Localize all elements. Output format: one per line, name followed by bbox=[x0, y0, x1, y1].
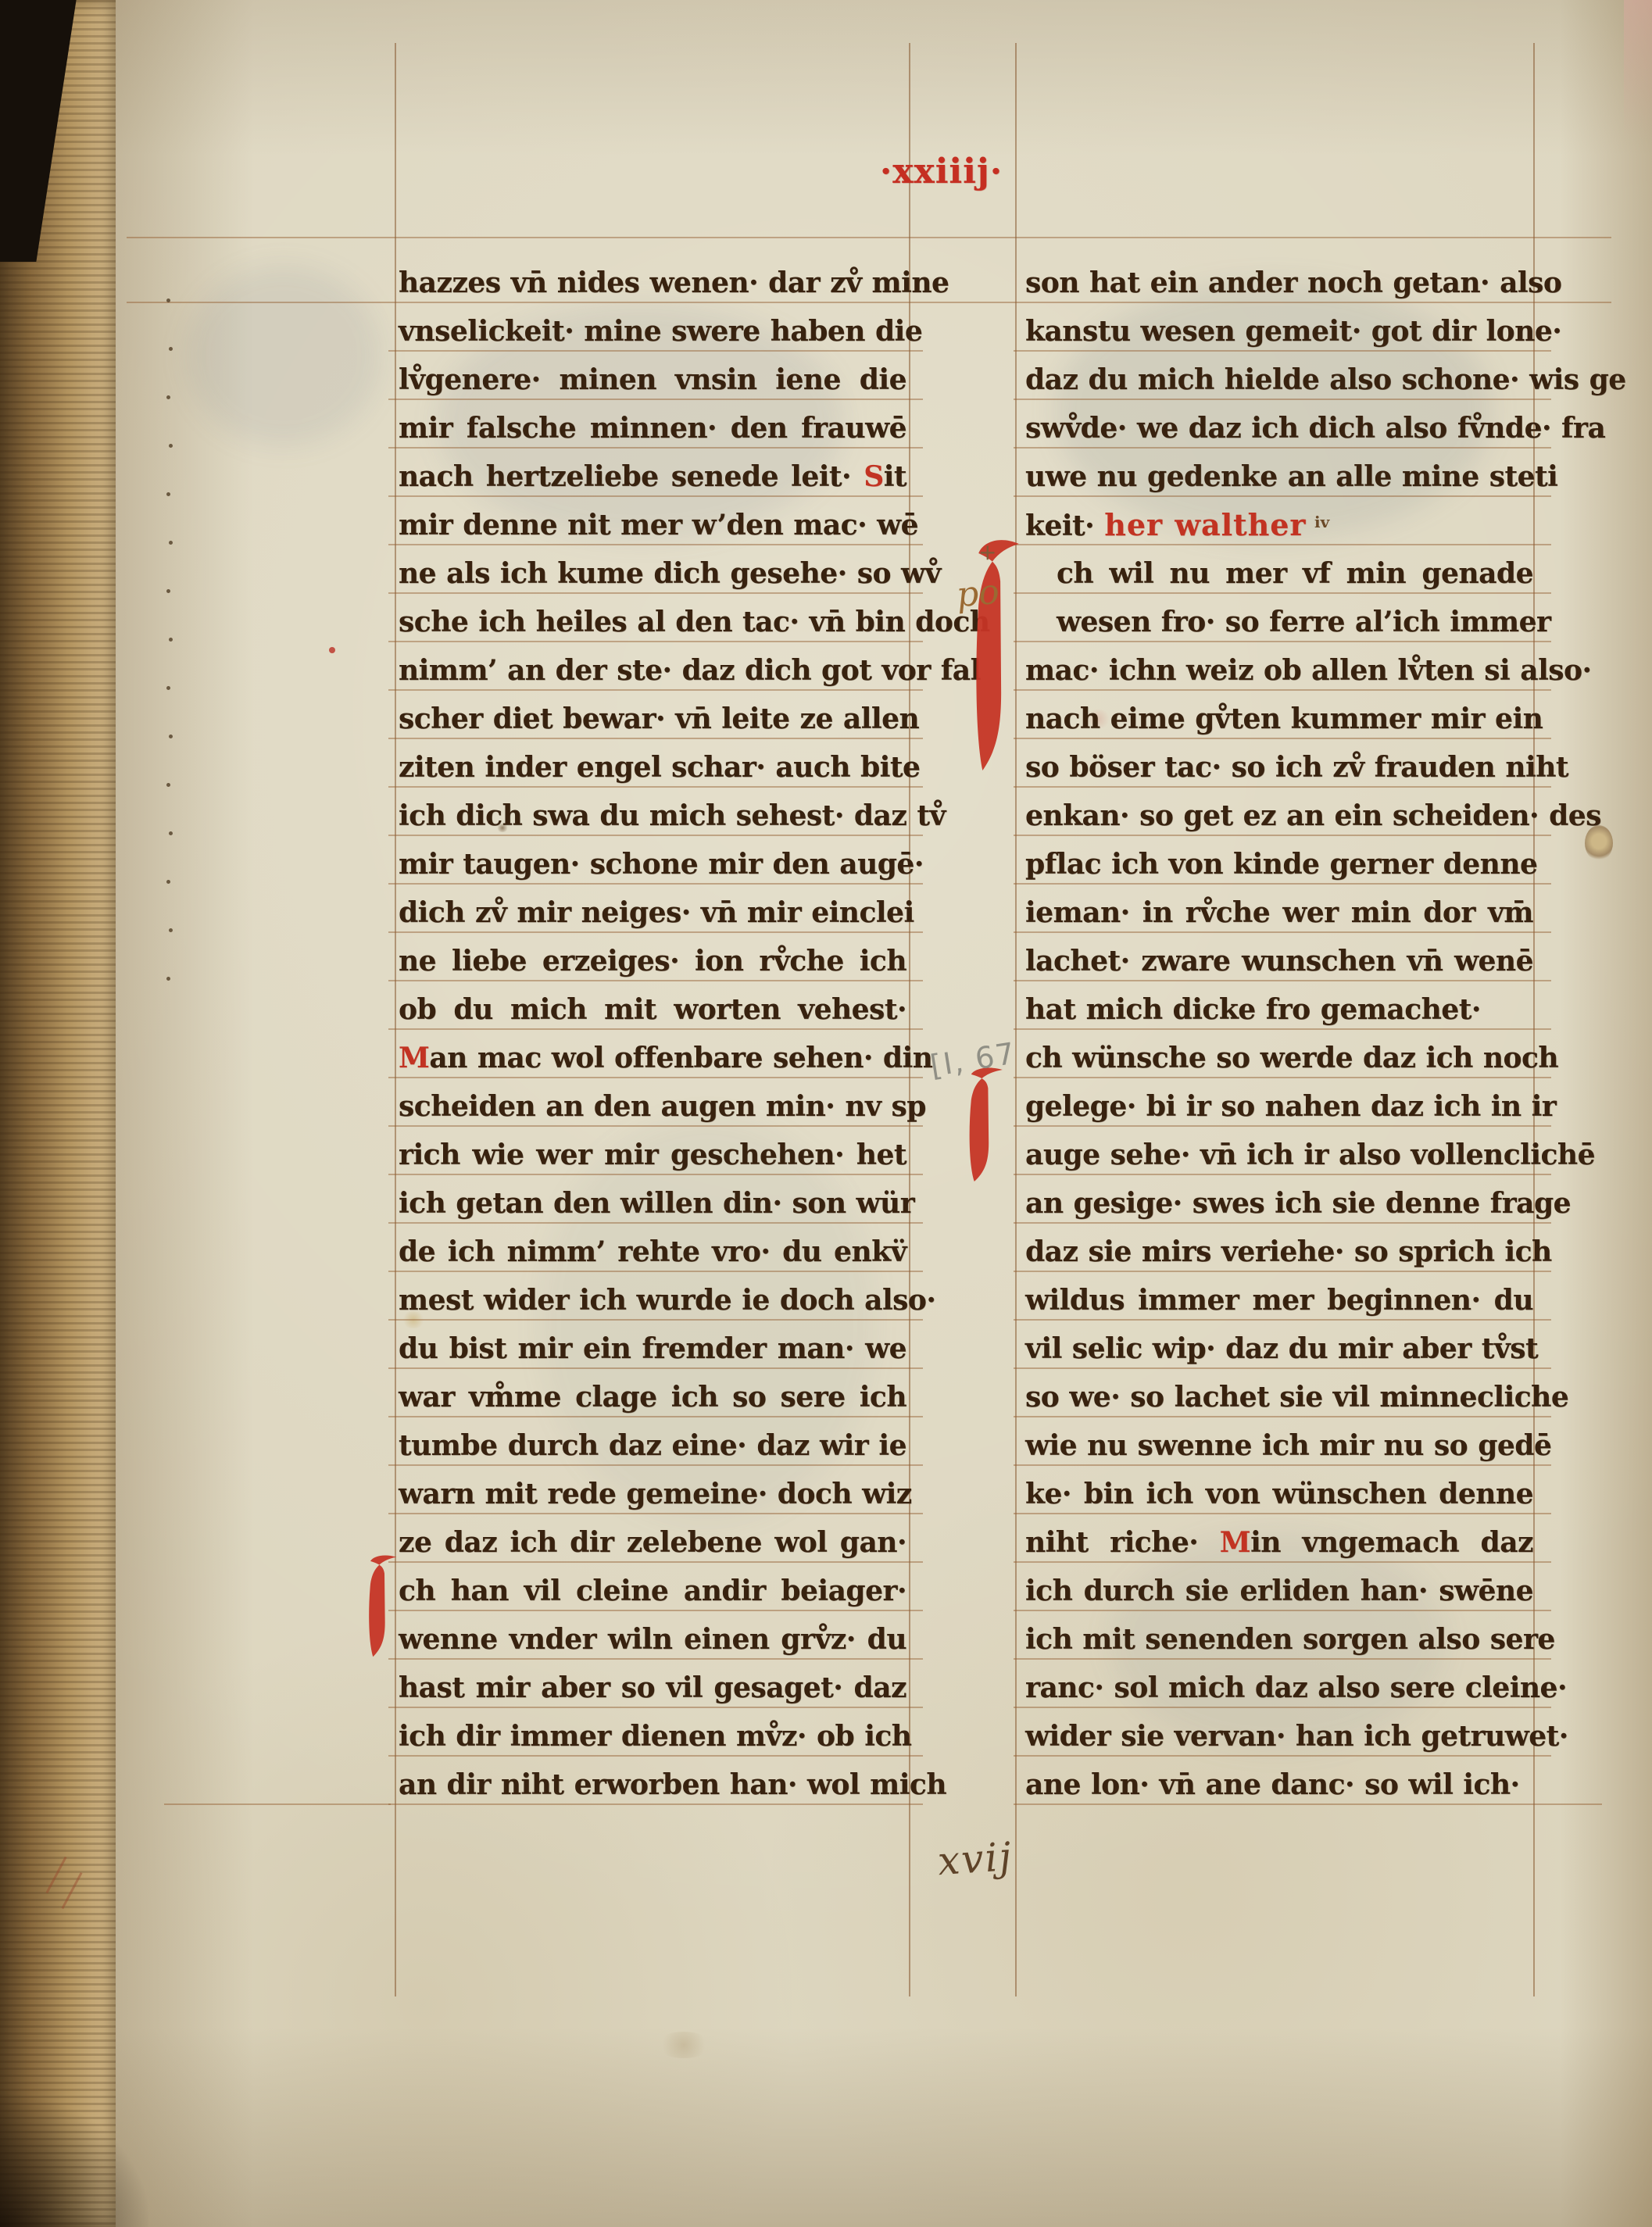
text-line: mir taugen· schone mir den augē· bbox=[399, 841, 906, 889]
text-line: ich dir immer dienen mv̊z· ob ich bbox=[399, 1713, 906, 1761]
text-line: ich getan den willen din· son wür bbox=[399, 1180, 906, 1228]
text-line: wie nu swenne ich mir nu so gedē bbox=[1025, 1422, 1533, 1471]
text-line: warn mit rede gemeine· doch wiz bbox=[399, 1471, 906, 1519]
rubricated-text: S bbox=[864, 460, 884, 493]
text-line: lachet· zware wunschen vn̄ wenē bbox=[1025, 938, 1533, 986]
script-text: ne liebe erzeiges· ion rv̊che ich bbox=[399, 945, 906, 978]
text-line: lv̊genere· minen vnsin iene die bbox=[399, 356, 906, 405]
text-line: mir falsche minnen· den frauwē bbox=[399, 405, 906, 453]
script-text: vil selic wip· daz du mir aber tv̊st bbox=[1025, 1332, 1538, 1365]
text-line: mac· ichn weiz ob allen lv̊ten si also· bbox=[1025, 647, 1533, 695]
text-line: mir denne nit mer w’den mac· wē bbox=[399, 502, 906, 550]
vertical-ruling bbox=[395, 43, 396, 1996]
pricking-dot bbox=[166, 395, 170, 399]
text-line: ich durch sie erliden han· swēne bbox=[1025, 1567, 1533, 1616]
text-line: wesen fro· so ferre al’ich immer bbox=[1025, 599, 1533, 647]
script-text: ne als ich kume dich gesehe· so wv̊ bbox=[399, 557, 941, 590]
script-text: an gesige· swes ich sie denne frage bbox=[1025, 1187, 1571, 1220]
folio-number-heading: ·xxiiij· bbox=[877, 152, 1006, 191]
script-text: it bbox=[884, 460, 906, 493]
script-text: so böser tac· so ich zv̊ frauden niht bbox=[1025, 751, 1568, 784]
script-text: mac· ichn weiz ob allen lv̊ten si also· bbox=[1025, 654, 1592, 687]
pricking-dot bbox=[166, 783, 170, 787]
pricking-dot bbox=[169, 541, 173, 545]
quire-signature: xvij bbox=[936, 1834, 1014, 1885]
script-text: ich durch sie erliden han· swēne bbox=[1025, 1575, 1533, 1607]
script-text: son hat ein ander noch getan· also bbox=[1025, 266, 1561, 299]
text-line: hat mich dicke fro gemachet· bbox=[1025, 986, 1533, 1035]
ruling-line bbox=[1551, 1803, 1602, 1805]
script-text: scheiden an den augen min· nv sp bbox=[399, 1090, 926, 1123]
script-text: niht riche· bbox=[1025, 1526, 1220, 1559]
pricking-dot bbox=[169, 347, 173, 351]
script-text: mir denne nit mer w’den mac· wē bbox=[399, 509, 918, 542]
script-text: keit· bbox=[1025, 509, 1104, 542]
pricking-dot bbox=[169, 928, 173, 932]
text-line: tumbe durch daz eine· daz wir ie bbox=[399, 1422, 906, 1471]
script-text: scher diet bewar· vn̄ leite ze allen bbox=[399, 702, 919, 735]
rubricated-text: M bbox=[1220, 1526, 1250, 1559]
script-text: enkan· so get ez an ein scheiden· des bbox=[1025, 799, 1601, 832]
text-line: ch wünsche so werde daz ich noch bbox=[1025, 1035, 1533, 1083]
vertical-ruling bbox=[1015, 43, 1017, 1996]
text-line: ch wil nu mer vf min genade bbox=[1025, 550, 1533, 599]
script-text: daz sie mirs veriehe· so sprich ich bbox=[1025, 1235, 1552, 1268]
text-line: ane lon· vn̄ ane danc· so wil ich· bbox=[1025, 1761, 1533, 1810]
text-line: vil selic wip· daz du mir aber tv̊st bbox=[1025, 1325, 1533, 1374]
text-line: ranc· sol mich daz also sere cleine· bbox=[1025, 1664, 1533, 1713]
script-text: daz du mich hielde also schone· wis ge bbox=[1025, 363, 1626, 396]
text-line: an dir niht erworben han· wol mich bbox=[399, 1761, 906, 1810]
script-text: ob du mich mit worten vehest· bbox=[399, 993, 906, 1026]
script-text: ze daz ich dir zelebene wol gan· bbox=[399, 1526, 906, 1559]
text-line: ke· bin ich von wünschen denne bbox=[1025, 1471, 1533, 1519]
script-text: ch wil nu mer vf min genade bbox=[1057, 557, 1533, 590]
pricking-dot bbox=[166, 977, 170, 981]
script-text: in vngemach daz bbox=[1250, 1526, 1533, 1559]
interlinear-correction: iv bbox=[1314, 513, 1329, 531]
text-line: ziten inder engel schar· auch bite bbox=[399, 744, 906, 792]
script-text: hast mir aber so vil gesaget· daz bbox=[399, 1671, 906, 1704]
text-line: daz du mich hielde also schone· wis ge bbox=[1025, 356, 1533, 405]
text-line: so böser tac· so ich zv̊ frauden niht bbox=[1025, 744, 1533, 792]
text-line: swv̊de· we daz ich dich also fv̊nde· fra bbox=[1025, 405, 1533, 453]
script-text: lv̊genere· minen vnsin iene die bbox=[399, 363, 906, 396]
text-line: du bist mir ein fremder man· we bbox=[399, 1325, 906, 1374]
text-line: nimm’ an der ste· daz dich got vor fal bbox=[399, 647, 906, 695]
text-line: wenne vnder wiln einen grv̊z· du bbox=[399, 1616, 906, 1664]
red-margin-dot bbox=[329, 647, 335, 653]
script-text: wie nu swenne ich mir nu so gedē bbox=[1025, 1429, 1551, 1462]
script-text: wider sie vervan· han ich getruwet· bbox=[1025, 1720, 1568, 1753]
pricking-dot bbox=[169, 831, 173, 835]
script-text: kanstu wesen gemeit· got dir lone· bbox=[1025, 315, 1561, 348]
text-line: de ich nimm’ rehte vro· du enkv̈ bbox=[399, 1228, 906, 1277]
right-column: son hat ein ander noch getan· alsokanstu… bbox=[1025, 259, 1533, 1810]
script-text: auge sehe· vn̄ ich ir also vollenclichē bbox=[1025, 1139, 1595, 1171]
pricking-dot bbox=[166, 880, 170, 884]
text-line: ich mit senenden sorgen also sere bbox=[1025, 1616, 1533, 1664]
rubricated-text: M bbox=[399, 1042, 429, 1074]
text-line: ieman· in rv̊che wer min dor vm̄ bbox=[1025, 889, 1533, 938]
text-line: daz sie mirs veriehe· so sprich ich bbox=[1025, 1228, 1533, 1277]
script-text: hat mich dicke fro gemachet· bbox=[1025, 993, 1481, 1026]
pricking-dot bbox=[169, 735, 173, 738]
rubricated-initial-J bbox=[367, 1555, 399, 1658]
rubricated-initial-J bbox=[967, 1067, 1005, 1183]
top-right-page-edge bbox=[1624, 0, 1652, 141]
text-line: hast mir aber so vil gesaget· daz bbox=[399, 1664, 906, 1713]
text-line: scher diet bewar· vn̄ leite ze allen bbox=[399, 695, 906, 744]
script-text: wesen fro· so ferre al’ich immer bbox=[1057, 606, 1550, 638]
script-text: nach hertzeliebe senede leit· bbox=[399, 460, 864, 493]
rubricated-text: her walther bbox=[1104, 507, 1306, 542]
text-line: kanstu wesen gemeit· got dir lone· bbox=[1025, 308, 1533, 356]
show-through bbox=[186, 266, 381, 445]
text-line: wider sie vervan· han ich getruwet· bbox=[1025, 1713, 1533, 1761]
script-text: gelege· bi ir so nahen daz ich in ir bbox=[1025, 1090, 1556, 1123]
text-line: uwe nu gedenke an alle mine steti bbox=[1025, 453, 1533, 502]
script-text: wenne vnder wiln einen grv̊z· du bbox=[399, 1623, 906, 1656]
text-line: ich dich swa du mich sehest· daz tv̊ bbox=[399, 792, 906, 841]
text-line: nach hertzeliebe senede leit· Sit bbox=[399, 453, 906, 502]
margin-annotation: po bbox=[955, 572, 1001, 616]
text-line: ne als ich kume dich gesehe· so wv̊ bbox=[399, 550, 906, 599]
script-text: an dir niht erworben han· wol mich bbox=[399, 1768, 946, 1801]
pricking-dot bbox=[169, 444, 173, 448]
text-line: wildus immer mer beginnen· du bbox=[1025, 1277, 1533, 1325]
text-line: auge sehe· vn̄ ich ir also vollenclichē bbox=[1025, 1131, 1533, 1180]
text-line: vnselickeit· mine swere haben die bbox=[399, 308, 906, 356]
ruling-line bbox=[127, 237, 1611, 238]
script-text: mir falsche minnen· den frauwē bbox=[399, 412, 906, 445]
script-text: tumbe durch daz eine· daz wir ie bbox=[399, 1429, 906, 1462]
script-text: lachet· zware wunschen vn̄ wenē bbox=[1025, 945, 1533, 978]
text-line: scheiden an den augen min· nv sp bbox=[399, 1083, 906, 1131]
script-text: mir taugen· schone mir den augē· bbox=[399, 848, 924, 881]
pricking-dot bbox=[166, 589, 170, 593]
script-text: an mac wol offenbare sehen· din bbox=[429, 1042, 932, 1074]
text-line: pflac ich von kinde gerner denne bbox=[1025, 841, 1533, 889]
pricking-dot bbox=[166, 686, 170, 690]
script-text: hazzes vn̄ nides wenen· dar zv̊ mine bbox=[399, 266, 949, 299]
script-text: uwe nu gedenke an alle mine steti bbox=[1025, 460, 1557, 493]
text-line: Man mac wol offenbare sehen· din bbox=[399, 1035, 906, 1083]
pricking-dot bbox=[166, 298, 170, 302]
script-text: ziten inder engel schar· auch bite bbox=[399, 751, 920, 784]
text-line: ob du mich mit worten vehest· bbox=[399, 986, 906, 1035]
script-text: du bist mir ein fremder man· we bbox=[399, 1332, 906, 1365]
script-text: war vm̊me clage ich so sere ich bbox=[399, 1381, 906, 1414]
text-line: war vm̊me clage ich so sere ich bbox=[399, 1374, 906, 1422]
text-line: rich wie wer mir geschehen· het bbox=[399, 1131, 906, 1180]
bottom-left-shadow bbox=[0, 2094, 148, 2227]
text-line: hazzes vn̄ nides wenen· dar zv̊ mine bbox=[399, 259, 906, 308]
script-text: ich getan den willen din· son wür bbox=[399, 1187, 914, 1220]
script-text: ke· bin ich von wünschen denne bbox=[1025, 1478, 1533, 1510]
text-line: sche ich heiles al den tac· vn̄ bin doch bbox=[399, 599, 906, 647]
text-line: mest wider ich wurde ie doch also· bbox=[399, 1277, 906, 1325]
text-line: an gesige· swes ich sie denne frage bbox=[1025, 1180, 1533, 1228]
text-line: gelege· bi ir so nahen daz ich in ir bbox=[1025, 1083, 1533, 1131]
script-text: ane lon· vn̄ ane danc· so wil ich· bbox=[1025, 1768, 1520, 1801]
text-line: niht riche· Min vngemach daz bbox=[1025, 1519, 1533, 1567]
script-text: ieman· in rv̊che wer min dor vm̄ bbox=[1025, 896, 1533, 929]
text-line: dich zv̊ mir neiges· vn̄ mir einclei bbox=[399, 889, 906, 938]
text-line: ch han vil cleine andir beiager· bbox=[399, 1567, 906, 1616]
book-page-edges bbox=[0, 0, 123, 2227]
text-line: ne liebe erzeiges· ion rv̊che ich bbox=[399, 938, 906, 986]
pricking-dot bbox=[169, 638, 173, 642]
script-text: ch han vil cleine andir beiager· bbox=[399, 1575, 906, 1607]
script-text: mest wider ich wurde ie doch also· bbox=[399, 1284, 935, 1317]
ruling-line bbox=[164, 1803, 391, 1805]
script-text: ich dich swa du mich sehest· daz tv̊ bbox=[399, 799, 946, 832]
text-line: nach eime gv̊ten kummer mir ein bbox=[1025, 695, 1533, 744]
script-text: rich wie wer mir geschehen· het bbox=[399, 1139, 906, 1171]
script-text: dich zv̊ mir neiges· vn̄ mir einclei bbox=[399, 896, 914, 929]
text-line: son hat ein ander noch getan· also bbox=[1025, 259, 1533, 308]
script-text: nach eime gv̊ten kummer mir ein bbox=[1025, 702, 1543, 735]
text-line: ze daz ich dir zelebene wol gan· bbox=[399, 1519, 906, 1567]
text-line: enkan· so get ez an ein scheiden· des bbox=[1025, 792, 1533, 841]
script-text: ranc· sol mich daz also sere cleine· bbox=[1025, 1671, 1567, 1704]
text-line: so we· so lachet sie vil minnecliche bbox=[1025, 1374, 1533, 1422]
script-text: pflac ich von kinde gerner denne bbox=[1025, 848, 1537, 881]
text-line: keit· her walther bbox=[1025, 502, 1533, 550]
script-text: vnselickeit· mine swere haben die bbox=[399, 315, 922, 348]
script-text: ich mit senenden sorgen also sere bbox=[1025, 1623, 1555, 1656]
script-text: nimm’ an der ste· daz dich got vor fal bbox=[399, 654, 981, 687]
margin-cross-mark: + bbox=[978, 539, 996, 565]
script-text: warn mit rede gemeine· doch wiz bbox=[399, 1478, 912, 1510]
pricking-dot bbox=[166, 492, 170, 496]
manuscript-photo: ·xxiiij· hazzes vn̄ nides wenen· dar zv̊… bbox=[0, 0, 1652, 2227]
script-text: wildus immer mer beginnen· du bbox=[1025, 1284, 1533, 1317]
script-text: sche ich heiles al den tac· vn̄ bin doch bbox=[399, 606, 989, 638]
script-text: de ich nimm’ rehte vro· du enkv̈ bbox=[399, 1235, 906, 1268]
script-text: so we· so lachet sie vil minnecliche bbox=[1025, 1381, 1568, 1414]
script-text: ch wünsche so werde daz ich noch bbox=[1025, 1042, 1558, 1074]
script-text: swv̊de· we daz ich dich also fv̊nde· fra bbox=[1025, 412, 1605, 445]
script-text: ich dir immer dienen mv̊z· ob ich bbox=[399, 1720, 911, 1753]
left-column: hazzes vn̄ nides wenen· dar zv̊ minevnse… bbox=[399, 259, 906, 1810]
stain bbox=[656, 2032, 711, 2058]
